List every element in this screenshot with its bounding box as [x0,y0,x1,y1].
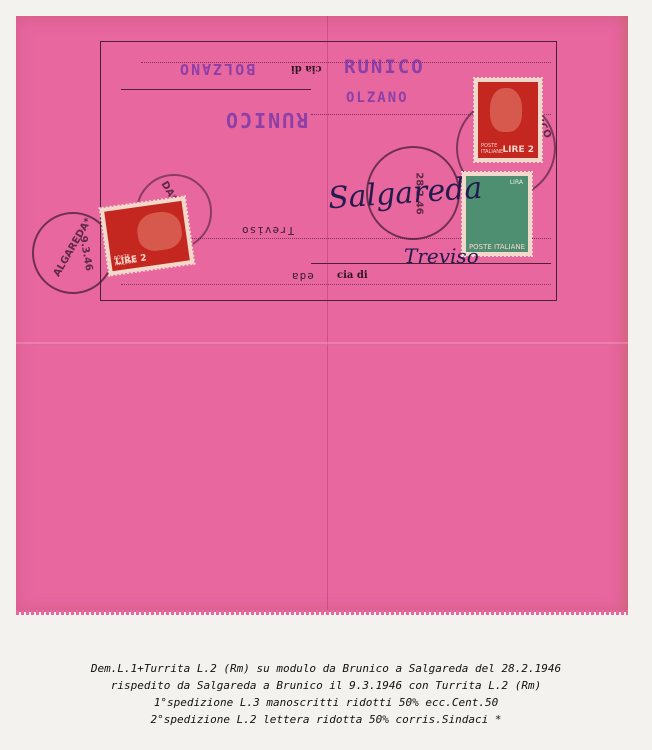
stamp-turrita-2-lire: POSTE ITALIANE LIRE 2 [474,78,542,162]
caption-line: 2°spedizione L.2 lettera ridotta 50% cor… [0,711,652,728]
turrita-portrait [135,209,184,253]
turrita-portrait [490,88,522,132]
printed-label: cia di [337,270,368,281]
typed-partial: eda [291,270,314,283]
handwritten-province: Treviso [404,244,479,268]
caption-line: rispedito da Salgareda a Brunico il 9.3.… [0,677,652,694]
dotted-rule [121,284,551,285]
album-caption: Dem.L.1+Turrita L.2 (Rm) su modulo da Br… [0,660,652,728]
postal-form-sheet: cia di cia di Treviso eda BOLZANO RUNICO… [16,16,628,612]
solid-rule [121,89,311,90]
handstamp-bolzano: OLZANO [346,90,409,106]
caption-line: Dem.L.1+Turrita L.2 (Rm) su modulo da Br… [0,660,652,677]
stamp-turrita-2-lire-rotated: POSTE ITALIANE LIRE 2 [100,196,195,275]
typed-city: Treviso [241,224,294,237]
horizontal-fold-line [16,342,628,345]
caption-line: 1°spedizione L.3 manoscritti ridotti 50%… [0,694,652,711]
handstamp-brunico-inverted: RUNICO [224,108,308,132]
printed-label-inverted: cia di [291,63,322,74]
handstamp-bolzano-inverted: BOLZANO [178,60,255,78]
handstamp-brunico: RUNICO [344,56,425,78]
